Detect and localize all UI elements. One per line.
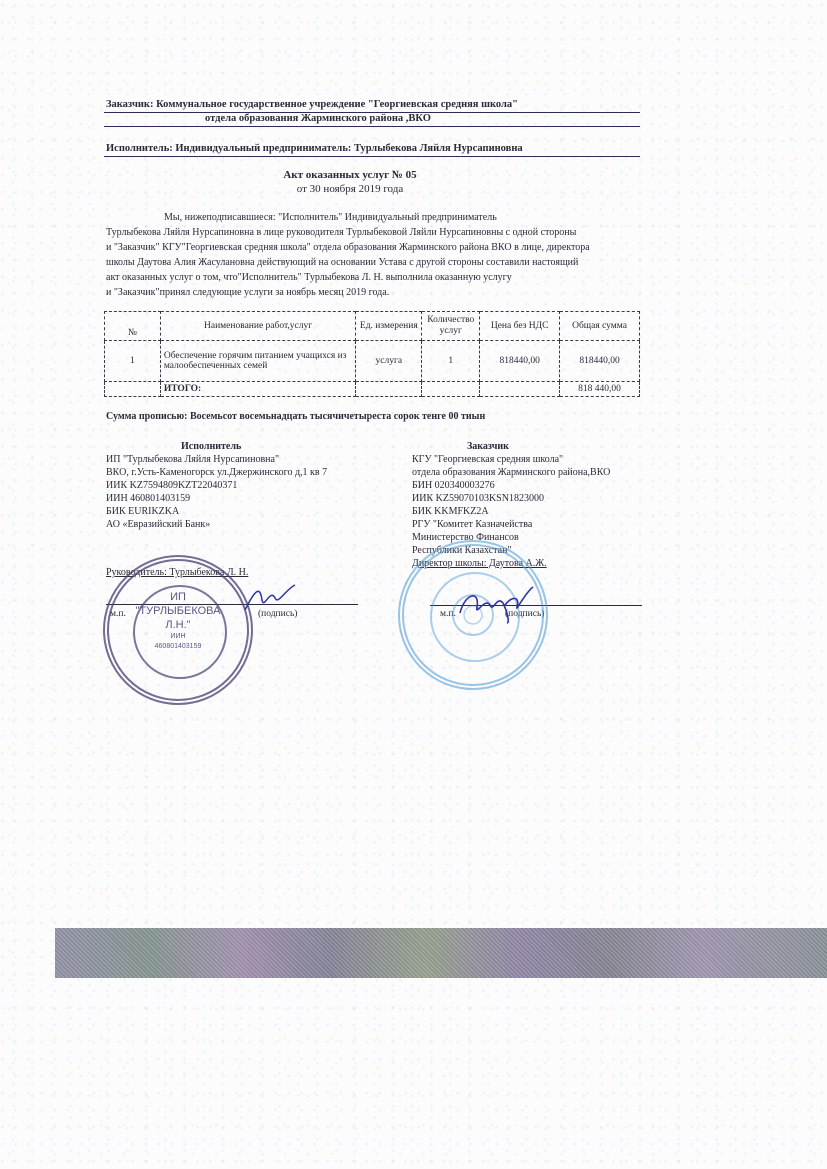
contractor-line: ИИК KZ7594809KZT22040371 [106,479,396,492]
cell-empty [105,382,161,397]
header-rule-3 [104,156,640,157]
col-qty: Количество услуг [422,312,480,341]
contractor-line: ВКО, г.Усть-Каменогорск ул.Джержинского … [106,466,396,479]
col-number: № [105,312,161,341]
table-row: 1 Обеспечение горячим питанием учащихся … [105,341,640,382]
customer-line: РГУ "Комитет Казначейства [412,518,662,531]
stamp-text: ИП [109,591,247,603]
cell-name: Обеспечение горячим питанием учащихся из… [160,341,356,382]
cell-price: 818440,00 [480,341,560,382]
customer-line: БИН 020340003276 [412,479,662,492]
sum-in-words: Сумма прописью: Восемьсот восемьнадцать … [106,411,485,422]
contractor-line: ИП "Турлыбекова Ляйля Нурсапиновна" [106,453,396,466]
contractor-stamp: ИП "ТУРЛЫБЕКОВА Л.Н." ИИН 460801403159 [103,555,253,705]
table-total-row: ИТОГО: 818 440,00 [105,382,640,397]
customer-line: КГУ "Георгиевская средняя школа" [412,453,662,466]
act-date: от 30 ноября 2019 года [0,183,700,195]
paragraph-line: Турлыбекова Ляйля Нурсапиновна в лице ру… [106,225,666,240]
contractor-heading: Исполнитель [106,440,396,453]
table-header-row: № Наименование работ,услуг Ед. измерения… [105,312,640,341]
stamp-text: Л.Н." [109,619,247,631]
paragraph-line: Мы, нижеподписавшиеся: "Исполнитель" Инд… [106,210,666,225]
customer-signature [455,585,535,625]
cell-number: 1 [105,341,161,382]
col-price: Цена без НДС [480,312,560,341]
customer-line: ИИК KZ59070103KSN1823000 [412,492,662,505]
act-title: Акт оказанных услуг № 05 [0,169,700,181]
header-rule-2 [104,126,640,127]
customer-line: БИК KKMFKZ2A [412,505,662,518]
contractor-line: АО «Евразийский Банк» [106,518,396,531]
contractor-line: ИИН 460801403159 [106,492,396,505]
customer-line: Министерство Финансов [412,531,662,544]
paragraph-line: и "Заказчик"принял следующие услуги за н… [106,285,666,300]
paragraph-line: и "Заказчик" КГУ"Георгиевская средняя шк… [106,240,666,255]
customer-header-line2: отдела образования Жарминского района ,В… [205,113,431,124]
contractor-signature [240,580,300,615]
cell-total: 818440,00 [560,341,640,382]
cell-empty [422,382,480,397]
total-value: 818 440,00 [560,382,640,397]
cell-unit: услуга [356,341,422,382]
contractor-line: БИК EURIKZKA [106,505,396,518]
col-name: Наименование работ,услуг [160,312,356,341]
customer-heading: Заказчик [412,440,662,453]
total-label: ИТОГО: [160,382,356,397]
stamp-text: 460801403159 [109,643,247,650]
col-unit: Ед. измерения [356,312,422,341]
paragraph-line: школы Даутова Алия Жасулановна действующ… [106,255,666,270]
services-table: № Наименование работ,услуг Ед. измерения… [104,311,640,397]
body-paragraph: Мы, нижеподписавшиеся: "Исполнитель" Инд… [106,210,666,300]
stamp-text: "ТУРЛЫБЕКОВА [109,605,247,617]
scanner-artifact-band [55,928,827,978]
stamp-text: ИИН [109,633,247,640]
paragraph-line: акт оказанных услуг о том, что"Исполните… [106,270,666,285]
customer-line: отдела образования Жарминского района,ВК… [412,466,662,479]
cell-empty [356,382,422,397]
cell-empty [480,382,560,397]
col-total: Общая сумма [560,312,640,341]
contractor-header: Исполнитель: Индивидуальный предпринимат… [106,143,523,154]
contractor-block: Исполнитель ИП "Турлыбекова Ляйля Нурсап… [106,440,396,531]
customer-header-line1: Заказчик: Коммунальное государственное у… [106,99,518,110]
cell-qty: 1 [422,341,480,382]
